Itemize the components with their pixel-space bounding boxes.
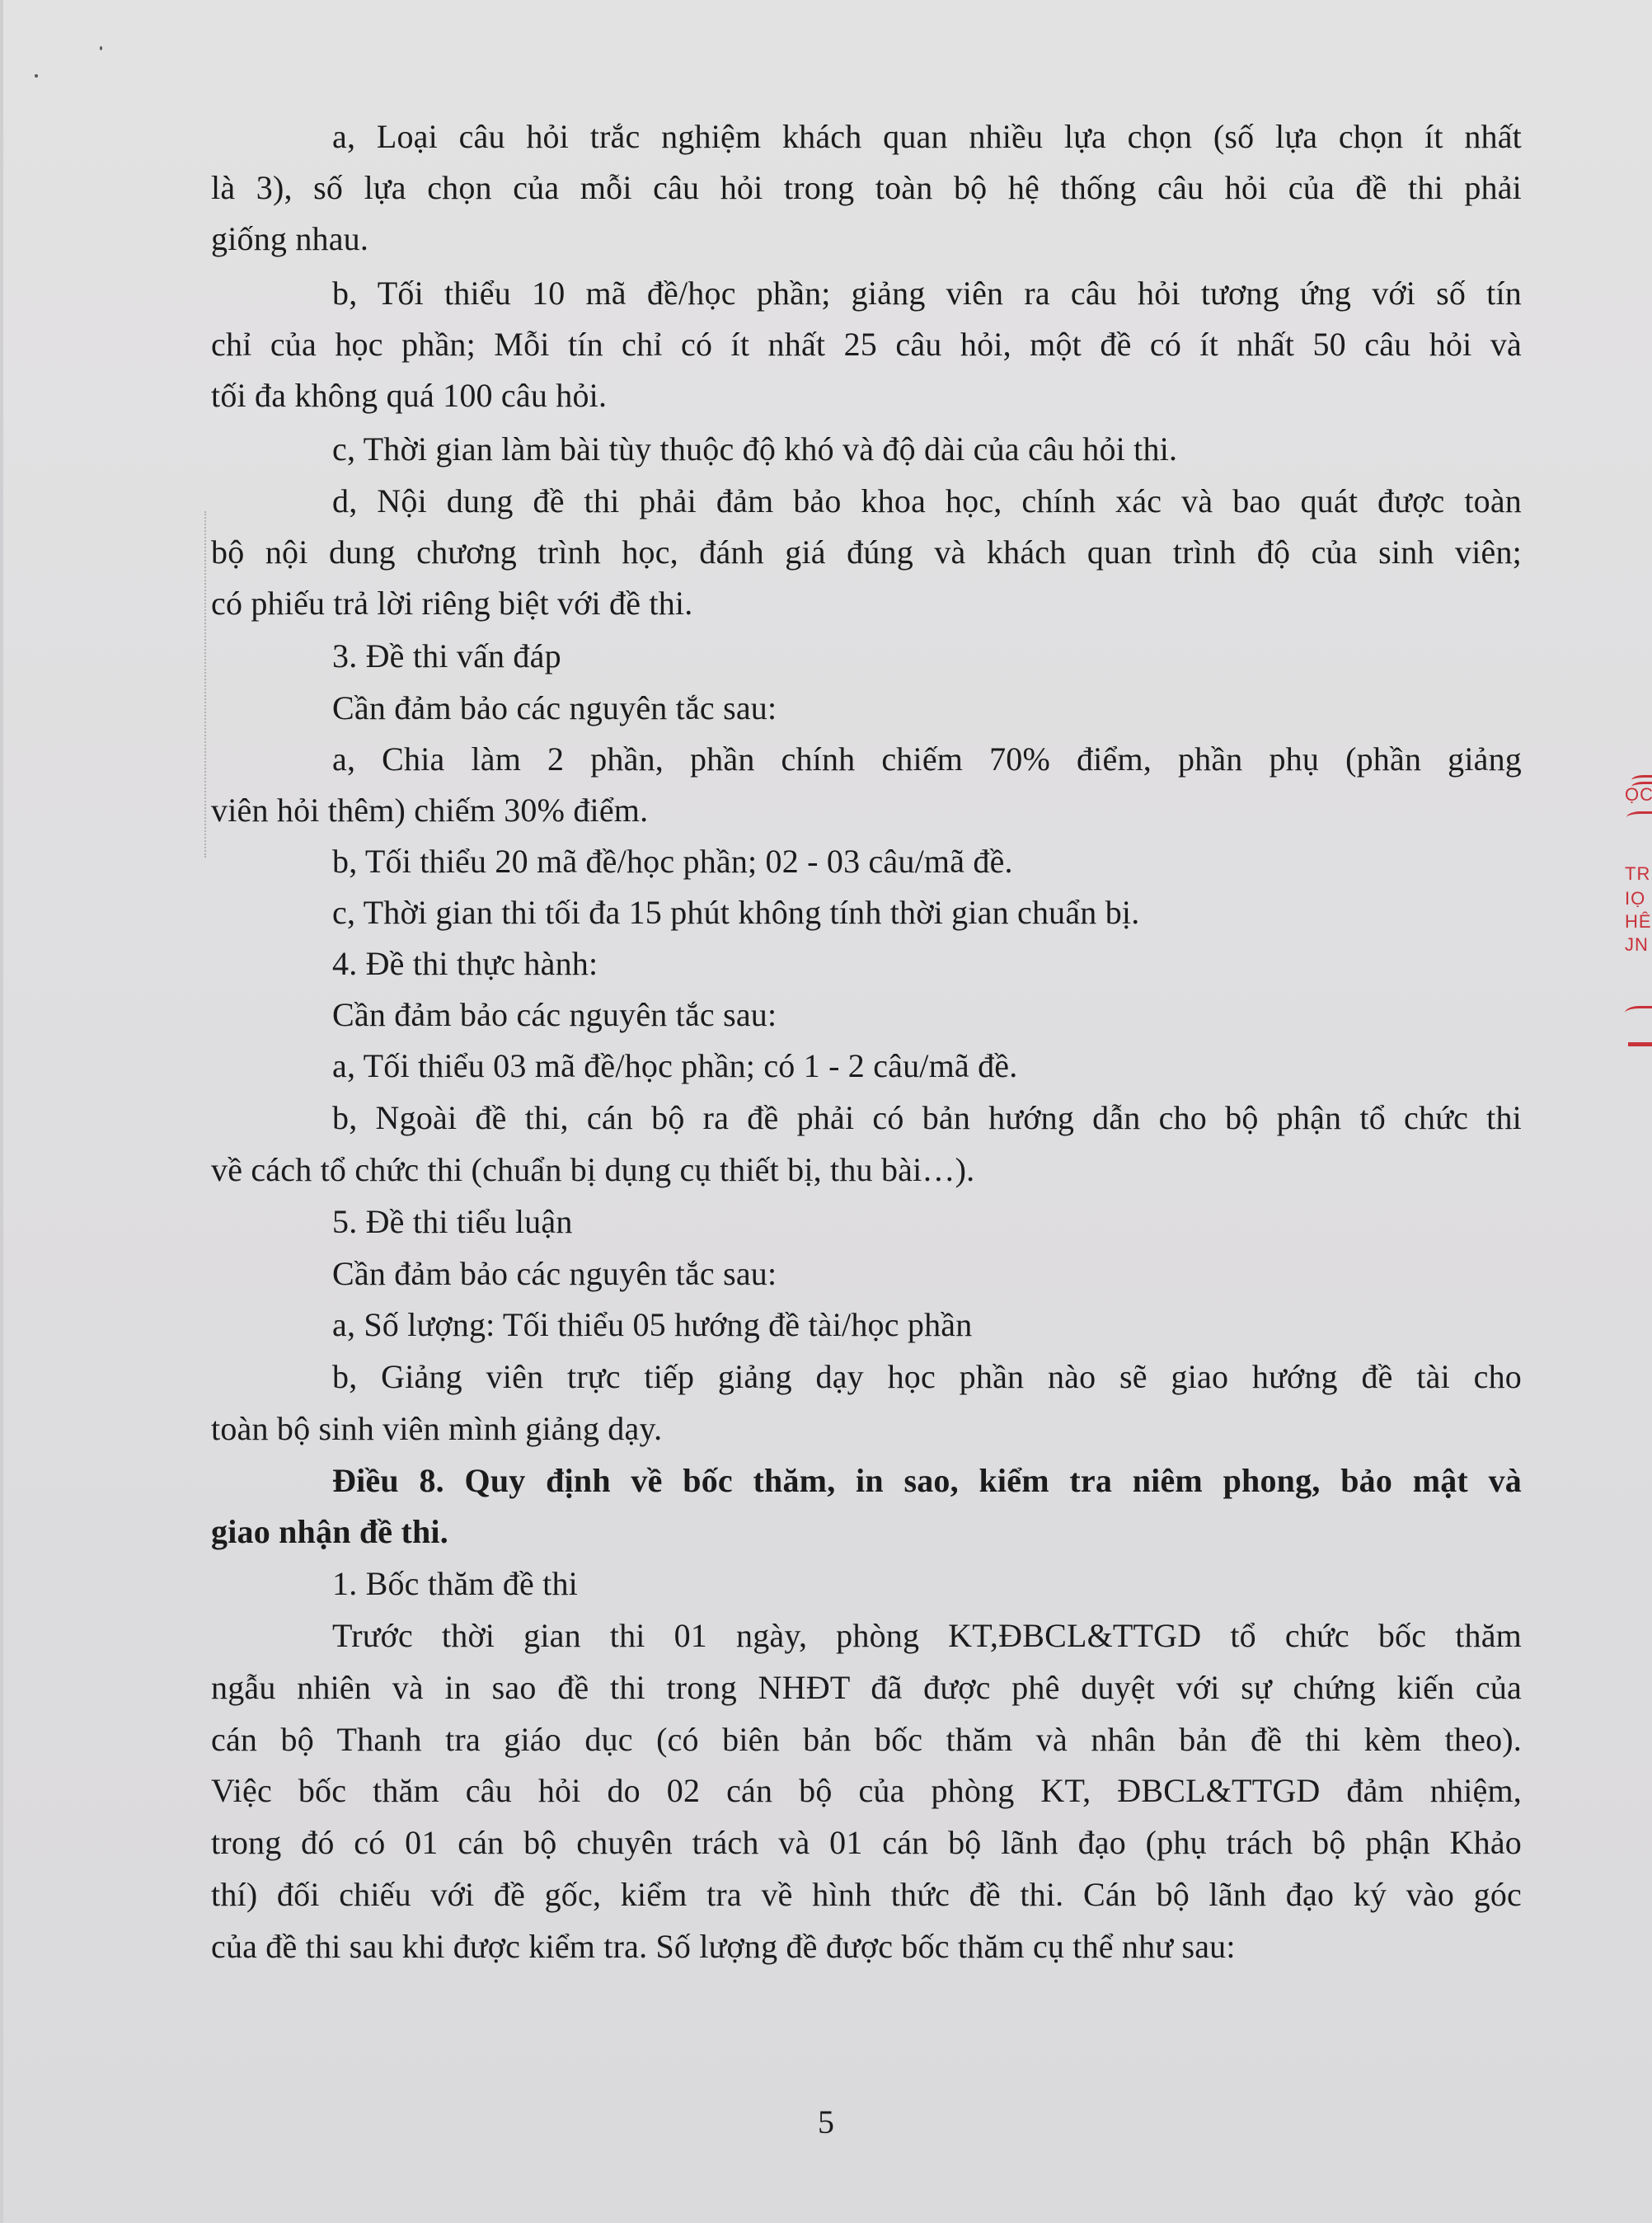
- page-edge: [0, 0, 3, 2223]
- paragraph-line: b, Giảng viên trực tiếp giảng dạy học ph…: [211, 1357, 1522, 1397]
- paragraph-line: trong đó có 01 cán bộ chuyên trách và 01…: [211, 1823, 1522, 1863]
- stamp-text: JN: [1625, 933, 1649, 956]
- paragraph-line: cán bộ Thanh tra giáo dục (có biên bản b…: [211, 1720, 1522, 1760]
- document-page: a, Loại câu hỏi trắc nghiệm khách quan n…: [0, 0, 1652, 2223]
- paragraph-line: viên hỏi thêm) chiếm 30% điểm.: [211, 791, 1522, 830]
- paragraph-line: b, Tối thiểu 10 mã đề/học phần; giảng vi…: [211, 274, 1522, 313]
- page-number: 5: [0, 2103, 1652, 2141]
- paragraph-line: Cần đảm bảo các nguyên tắc sau:: [211, 1254, 1522, 1294]
- paragraph-line: b, Ngoài đề thi, cán bộ ra đề phải có bả…: [211, 1098, 1522, 1138]
- stamp-arc: [1626, 811, 1652, 824]
- paragraph-line: thí) đối chiếu với đề gốc, kiểm tra về h…: [211, 1875, 1522, 1915]
- stamp-text: TR: [1625, 862, 1650, 886]
- stamp-text: ỌC: [1625, 783, 1652, 806]
- paragraph-line: c, Thời gian làm bài tùy thuộc độ khó và…: [211, 430, 1522, 469]
- paragraph-line: 3. Đề thi vấn đáp: [211, 637, 1522, 676]
- paragraph-line: 5. Đề thi tiểu luận: [211, 1202, 1522, 1242]
- paragraph-line: tối đa không quá 100 câu hỏi.: [211, 376, 1522, 416]
- paragraph-line: về cách tổ chức thi (chuẩn bị dụng cụ th…: [211, 1150, 1522, 1190]
- paragraph-line: a, Loại câu hỏi trắc nghiệm khách quan n…: [211, 117, 1522, 157]
- paragraph-line: b, Tối thiểu 20 mã đề/học phần; 02 - 03 …: [211, 842, 1522, 881]
- paragraph-line: c, Thời gian thi tối đa 15 phút không tí…: [211, 893, 1522, 933]
- paragraph-line: giống nhau.: [211, 219, 1522, 259]
- paragraph-line: Việc bốc thăm câu hỏi do 02 cán bộ của p…: [211, 1771, 1522, 1811]
- paragraph-line: 1. Bốc thăm đề thi: [211, 1564, 1522, 1604]
- stamp-text: IỌ: [1625, 887, 1645, 910]
- paper-speck: [100, 46, 102, 50]
- paragraph-line: Cần đảm bảo các nguyên tắc sau:: [211, 995, 1522, 1035]
- stamp-line: [1628, 1042, 1652, 1051]
- paragraph-line: a, Số lượng: Tối thiểu 05 hướng đề tài/h…: [211, 1305, 1522, 1345]
- stamp-arc: [1625, 1006, 1652, 1020]
- paragraph-line: toàn bộ sinh viên mình giảng dạy.: [211, 1409, 1522, 1449]
- paragraph-line: a, Tối thiểu 03 mã đề/học phần; có 1 - 2…: [211, 1046, 1522, 1086]
- article-heading-line: Điều 8. Quy định về bốc thăm, in sao, ki…: [211, 1461, 1522, 1501]
- stamp-text: HÊ: [1625, 910, 1652, 933]
- paragraph-line: d, Nội dung đề thi phải đảm bảo khoa học…: [211, 482, 1522, 521]
- paper-speck: [35, 74, 38, 78]
- paragraph-line: a, Chia làm 2 phần, phần chính chiếm 70%…: [211, 740, 1522, 779]
- paragraph-line: Cần đảm bảo các nguyên tắc sau:: [211, 689, 1522, 728]
- paragraph-line: bộ nội dung chương trình học, đánh giá đ…: [211, 533, 1522, 572]
- paragraph-line: 4. Đề thi thực hành:: [211, 944, 1522, 984]
- paragraph-line: là 3), số lựa chọn của mỗi câu hỏi trong…: [211, 168, 1522, 208]
- paragraph-line: của đề thi sau khi được kiểm tra. Số lượ…: [211, 1927, 1522, 1967]
- paragraph-line: có phiếu trả lời riêng biệt với đề thi.: [211, 584, 1522, 623]
- paragraph-line: chỉ của học phần; Mỗi tín chỉ có ít nhất…: [211, 325, 1522, 364]
- article-heading-line: giao nhận đề thi.: [211, 1512, 1522, 1552]
- red-stamp-fragment: ỌC TR IỌ HÊ JN: [1620, 775, 1652, 1055]
- paragraph-line: Trước thời gian thi 01 ngày, phòng KT,ĐB…: [211, 1616, 1522, 1656]
- paragraph-line: ngẫu nhiên và in sao đề thi trong NHĐT đ…: [211, 1668, 1522, 1708]
